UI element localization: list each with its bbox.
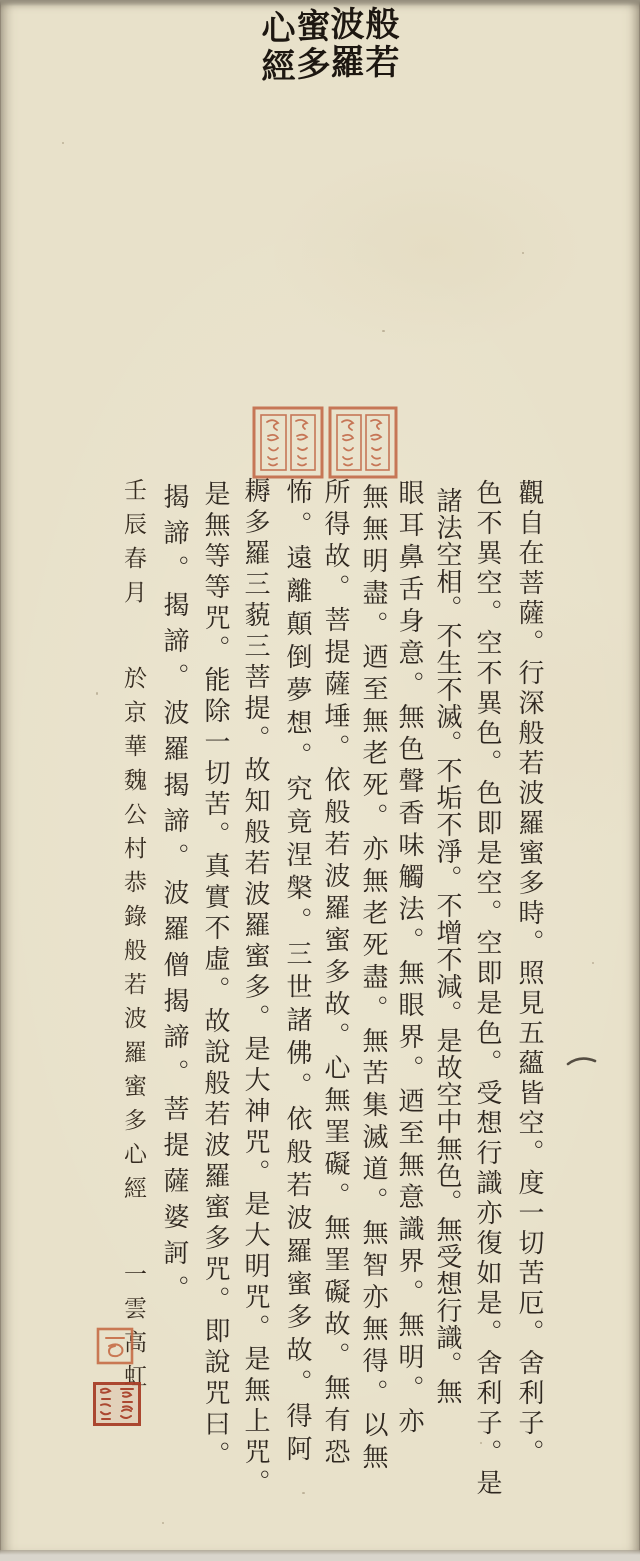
paper-speck — [522, 252, 524, 254]
artist-seal-lower — [93, 1382, 141, 1426]
paper-speck — [382, 330, 385, 332]
paper-speck — [592, 962, 594, 964]
calligraphy-scroll: 壬辰春月 於京華魏公村恭錄般若波羅蜜多心經 一雲高虹 般若波羅蜜多心經觀自在菩薩… — [0, 0, 640, 1561]
sutra-column-7: 怖。遠離顛倒夢想。究竟涅槃。三世諸佛。依般若波羅蜜多故。得阿 — [279, 478, 316, 1468]
artist-seal-upper — [96, 1327, 134, 1365]
sutra-column-4: 眼耳鼻舌身意。無色聲香味觸法。無眼界。迺至無意識界。無明。亦 — [391, 479, 428, 1439]
sutra-column-6: 所得故。菩提薩埵。依般若波羅蜜多故。心無罣礙。無罣礙故。無有恐 — [317, 478, 354, 1470]
title-column-4: 心經 — [251, 10, 300, 86]
sutra-column-2: 色不異空。空不異色。色即是空。空即是色。受想行識亦復如是。舍利子。是 — [469, 479, 506, 1499]
sutra-column-3: 諸法空相。不生不滅。不垢不淨。不增不減。是故空中無色。無受想行識。無 — [429, 487, 466, 1405]
colophon-column: 壬辰春月 於京華魏公村恭錄般若波羅蜜多心經 一雲高虹 — [117, 478, 150, 1398]
scroll-bottom-edge — [0, 1550, 640, 1561]
paper-speck — [96, 692, 98, 695]
header-seal-pair — [252, 406, 398, 479]
sutra-column-10: 揭諦。揭諦。波羅揭諦。波羅僧揭諦。菩提薩婆訶。 — [156, 483, 193, 1311]
sutra-column-8: 耨多羅三藐三菩提。故知般若波羅蜜多。是大神咒。是大明咒。是無上咒。 — [237, 477, 274, 1500]
colophon-date: 壬辰春月 — [120, 478, 146, 614]
sutra-column-9: 是無等等咒。能除一切苦。真實不虛。故說般若波羅蜜多咒。即說咒曰。 — [197, 480, 234, 1472]
paper-speck — [162, 1522, 164, 1524]
sutra-column-5: 無無明盡。迺至無老死。亦無老死盡。無苦集滅道。無智亦無得。以無 — [355, 483, 392, 1475]
paper-speck — [302, 1492, 305, 1494]
sutra-column-1: 觀自在菩薩。行深般若波羅蜜多時。照見五蘊皆空。度一切苦厄。舍利子。 — [511, 479, 548, 1469]
colophon-dedication: 於京華魏公村恭錄般若波羅蜜多心經 — [120, 666, 146, 1210]
stray-ink-mark — [565, 1052, 599, 1070]
paper-speck — [62, 142, 64, 144]
